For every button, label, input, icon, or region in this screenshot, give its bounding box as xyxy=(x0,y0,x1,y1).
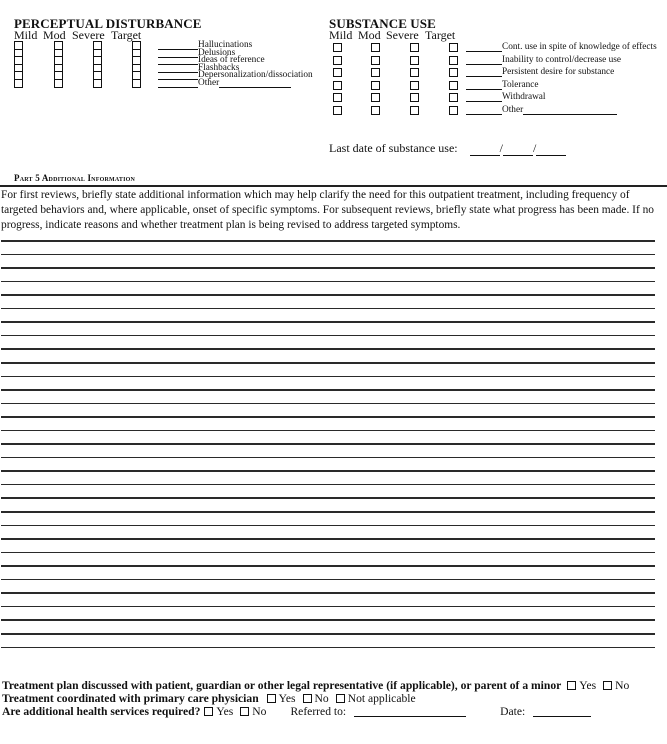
treatment-coordinated-no[interactable]: No xyxy=(303,692,329,705)
checkbox-mild-other[interactable] xyxy=(333,106,342,115)
symptom-item: Inability to control/decrease use xyxy=(466,55,621,65)
additional-services-no[interactable]: No xyxy=(240,705,266,718)
checkbox-mild-withdrawal[interactable] xyxy=(333,93,342,102)
symptom-item: Tolerance xyxy=(466,80,539,90)
checkbox-mod-withdrawal[interactable] xyxy=(371,93,380,102)
checkbox-icon[interactable] xyxy=(603,681,612,690)
symptom-label: Persistent desire for substance xyxy=(502,67,614,77)
writing-line[interactable] xyxy=(1,525,655,527)
checkbox-target-cont-use-in-spite-of-knowledge-of-effects[interactable] xyxy=(449,43,458,52)
option-label: Not applicable xyxy=(348,692,416,705)
frequency-blank-field[interactable] xyxy=(466,81,502,90)
checkbox-icon[interactable] xyxy=(204,707,213,716)
option-label: Yes xyxy=(579,679,596,692)
writing-line[interactable] xyxy=(1,348,655,350)
writing-line[interactable] xyxy=(1,457,655,459)
option-label: Yes xyxy=(216,705,233,718)
checkbox-mod-inability-to-control-decrease-use[interactable] xyxy=(371,56,380,65)
checkbox-severe-other[interactable] xyxy=(93,79,102,88)
referred-to-label: Referred to: xyxy=(290,705,346,718)
checkbox-mod-other[interactable] xyxy=(371,106,380,115)
writing-line[interactable] xyxy=(1,579,655,581)
writing-line[interactable] xyxy=(1,538,655,540)
writing-line[interactable] xyxy=(1,484,655,486)
symptom-item: Withdrawal xyxy=(466,92,546,102)
checkbox-severe-other[interactable] xyxy=(410,106,419,115)
writing-line[interactable] xyxy=(1,389,655,391)
checkbox-mild-other[interactable] xyxy=(14,79,23,88)
last-date-label: Last date of substance use: xyxy=(329,141,458,156)
writing-line[interactable] xyxy=(1,240,655,242)
column-header-target: Target xyxy=(425,28,455,43)
writing-line[interactable] xyxy=(1,443,655,445)
additional-services-label: Are additional health services required? xyxy=(2,705,200,718)
writing-line[interactable] xyxy=(1,416,655,418)
treatment-coordinated-yes[interactable]: Yes xyxy=(267,692,296,705)
checkbox-mod-cont-use-in-spite-of-knowledge-of-effects[interactable] xyxy=(371,43,380,52)
treatment-coordinated-row: Treatment coordinated with primary care … xyxy=(2,692,423,705)
checkbox-target-tolerance[interactable] xyxy=(449,81,458,90)
checkbox-icon[interactable] xyxy=(336,694,345,703)
checkbox-target-persistent-desire-for-substance[interactable] xyxy=(449,68,458,77)
writing-line[interactable] xyxy=(1,606,655,608)
last-date-year-field[interactable] xyxy=(536,147,566,156)
option-label: No xyxy=(252,705,266,718)
frequency-blank-field[interactable] xyxy=(466,56,502,65)
writing-line[interactable] xyxy=(1,254,655,256)
part5-instructions: For first reviews, briefly state additio… xyxy=(1,188,666,233)
writing-line[interactable] xyxy=(1,281,655,283)
writing-line[interactable] xyxy=(1,497,655,499)
option-label: Yes xyxy=(279,692,296,705)
treatment-plan-discussed-row: Treatment plan discussed with patient, g… xyxy=(2,679,636,692)
treatment-coordinated-not-applicable[interactable]: Not applicable xyxy=(336,692,416,705)
writing-line[interactable] xyxy=(1,321,655,323)
symptom-label: Other xyxy=(502,105,523,115)
checkbox-mild-persistent-desire-for-substance[interactable] xyxy=(333,68,342,77)
treatment-plan-discussed-yes[interactable]: Yes xyxy=(567,679,596,692)
checkbox-severe-withdrawal[interactable] xyxy=(410,93,419,102)
last-date-day-field[interactable] xyxy=(503,147,533,156)
symptom-label: Tolerance xyxy=(502,80,539,90)
date-field[interactable] xyxy=(533,706,591,717)
option-label: No xyxy=(615,679,629,692)
writing-line[interactable] xyxy=(1,647,655,649)
frequency-blank-field[interactable] xyxy=(158,79,198,88)
symptom-label: Inability to control/decrease use xyxy=(502,55,621,65)
option-label: No xyxy=(315,692,329,705)
checkbox-mod-persistent-desire-for-substance[interactable] xyxy=(371,68,380,77)
checkbox-severe-tolerance[interactable] xyxy=(410,81,419,90)
checkbox-mod-other[interactable] xyxy=(54,79,63,88)
other-specify-field[interactable] xyxy=(523,106,617,115)
date-label: Date: xyxy=(500,705,525,718)
treatment-coordinated-label: Treatment coordinated with primary care … xyxy=(2,692,259,705)
writing-line[interactable] xyxy=(1,592,655,594)
symptom-label: Other xyxy=(198,78,219,88)
checkbox-target-inability-to-control-decrease-use[interactable] xyxy=(449,56,458,65)
symptom-item: Cont. use in spite of knowledge of effec… xyxy=(466,42,657,52)
checkbox-target-withdrawal[interactable] xyxy=(449,93,458,102)
other-specify-field[interactable] xyxy=(219,79,291,88)
checkbox-severe-persistent-desire-for-substance[interactable] xyxy=(410,68,419,77)
checkbox-mild-tolerance[interactable] xyxy=(333,81,342,90)
last-date-of-substance-use: Last date of substance use: / / xyxy=(329,141,566,156)
writing-line[interactable] xyxy=(1,294,655,296)
treatment-plan-discussed-no[interactable]: No xyxy=(603,679,629,692)
part5-title: Part 5 Additional Information xyxy=(14,173,135,183)
frequency-blank-field[interactable] xyxy=(466,68,502,77)
writing-line[interactable] xyxy=(1,470,655,472)
additional-services-row: Are additional health services required?… xyxy=(2,705,591,718)
writing-line[interactable] xyxy=(1,633,655,635)
writing-line[interactable] xyxy=(1,565,655,567)
checkbox-mod-tolerance[interactable] xyxy=(371,81,380,90)
writing-line[interactable] xyxy=(1,511,655,513)
writing-line[interactable] xyxy=(1,362,655,364)
symptom-item: Other xyxy=(466,105,617,115)
checkbox-mild-cont-use-in-spite-of-knowledge-of-effects[interactable] xyxy=(333,43,342,52)
column-header-severe: Severe xyxy=(386,28,419,43)
additional-services-yes[interactable]: Yes xyxy=(204,705,233,718)
checkbox-target-other[interactable] xyxy=(132,79,141,88)
checkbox-icon[interactable] xyxy=(567,681,576,690)
column-header-mod: Mod xyxy=(358,28,381,43)
writing-line[interactable] xyxy=(1,619,655,621)
treatment-plan-discussed-label: Treatment plan discussed with patient, g… xyxy=(2,679,561,692)
writing-line[interactable] xyxy=(1,267,655,269)
symptom-item: Persistent desire for substance xyxy=(466,67,614,77)
last-date-month-field[interactable] xyxy=(470,147,500,156)
column-header-mild: Mild xyxy=(329,28,352,43)
symptom-item: Other xyxy=(158,78,291,88)
frequency-blank-field[interactable] xyxy=(466,93,502,102)
checkbox-icon[interactable] xyxy=(303,694,312,703)
checkbox-severe-cont-use-in-spite-of-knowledge-of-effects[interactable] xyxy=(410,43,419,52)
symptom-label: Withdrawal xyxy=(502,92,546,102)
symptom-label: Cont. use in spite of knowledge of effec… xyxy=(502,42,657,52)
checkbox-target-other[interactable] xyxy=(449,106,458,115)
checkbox-severe-inability-to-control-decrease-use[interactable] xyxy=(410,56,419,65)
referred-to-field[interactable] xyxy=(354,706,466,717)
part5-divider xyxy=(0,185,667,187)
checkbox-mild-inability-to-control-decrease-use[interactable] xyxy=(333,56,342,65)
writing-line[interactable] xyxy=(1,376,655,378)
frequency-blank-field[interactable] xyxy=(466,106,502,115)
writing-line[interactable] xyxy=(1,308,655,310)
frequency-blank-field[interactable] xyxy=(466,43,502,52)
writing-line[interactable] xyxy=(1,335,655,337)
writing-line[interactable] xyxy=(1,403,655,405)
checkbox-icon[interactable] xyxy=(267,694,276,703)
writing-line[interactable] xyxy=(1,552,655,554)
writing-line[interactable] xyxy=(1,430,655,432)
checkbox-icon[interactable] xyxy=(240,707,249,716)
